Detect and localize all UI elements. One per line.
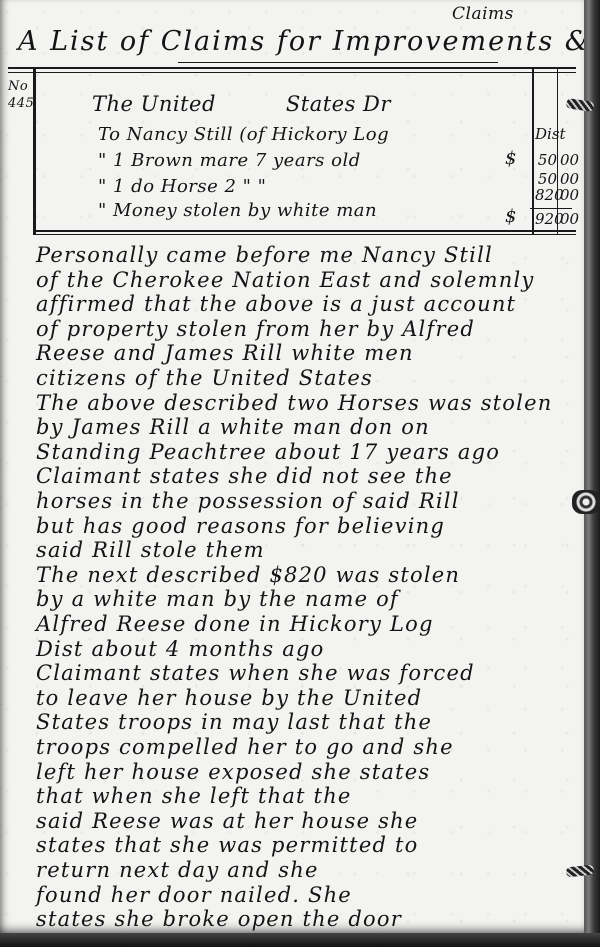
body-line: Claimant states when she was forced <box>36 661 475 685</box>
amount-dollars: 50 <box>535 151 557 169</box>
body-line: found her door nailed. She <box>36 883 352 907</box>
body-line: of the Cherokee Nation East and solemnly <box>36 268 535 292</box>
body-line: to leave her house by the United <box>36 686 422 710</box>
total-dollars: 920 <box>535 210 557 228</box>
body-line: of property stolen from her by Alfred <box>36 317 475 341</box>
body-line: said Rill stole them <box>36 538 265 562</box>
ledger-rule-top <box>8 67 576 69</box>
body-line: affirmed that the above is a just accoun… <box>36 292 516 316</box>
body-line: The above described two Horses was stole… <box>36 391 552 415</box>
body-line: said Reese was at her house she <box>36 809 418 833</box>
claim-number-value: 445 <box>8 95 34 112</box>
body-line: Personally came before me Nancy Still <box>36 243 493 267</box>
body-line: citizens of the United States <box>36 366 373 390</box>
body-line: by a white man by the name of <box>36 587 399 611</box>
body-line: Reese and James Rill white men <box>36 341 414 365</box>
manuscript-page: Claims A List of Claims for Improvements… <box>0 0 584 933</box>
body-line: return next day and she <box>36 858 319 882</box>
account-row: " 1 do Horse 2 " " <box>98 176 266 197</box>
amount-dollars: 820 <box>535 186 557 204</box>
body-line: by James Rill a white man don on <box>36 415 430 439</box>
corner-label: Claims <box>452 4 514 24</box>
account-row: To Nancy Still (of Hickory Log <box>98 124 389 145</box>
amount-cents: 00 <box>560 186 576 204</box>
body-line: The next described $820 was stolen <box>36 563 460 587</box>
body-line: Standing Peachtree about 17 years ago <box>36 440 500 464</box>
body-line: Dist about 4 months ago <box>36 637 324 661</box>
ledger-dollar-column-rule <box>532 67 534 235</box>
body-line: States troops in may last that the <box>36 710 432 734</box>
binding-knot <box>572 490 600 514</box>
total-cents: 00 <box>560 210 576 228</box>
total-currency-mark: $ <box>505 206 517 227</box>
account-heading-left: The United <box>92 92 216 116</box>
account-row: " Money stolen by white man <box>98 200 377 221</box>
amount-cents: 00 <box>560 151 576 169</box>
book-binding-edge <box>584 0 600 947</box>
body-line: states she broke open the door <box>36 907 402 931</box>
ledger-rule-bottom-secondary <box>36 234 576 235</box>
amount-dollars: Dist <box>535 125 557 143</box>
claim-number: No 445 <box>8 78 34 112</box>
account-heading-right: States Dr <box>286 92 391 116</box>
body-line: that when she left that the <box>36 784 352 808</box>
body-line: left her house exposed she states <box>36 760 430 784</box>
ledger-rule-bottom <box>36 230 576 232</box>
title-underline <box>178 62 498 63</box>
body-line: troops compelled her to go and she <box>36 735 454 759</box>
account-heading: The UnitedStates Dr <box>92 92 391 116</box>
body-line: states that she was permitted to <box>36 833 418 857</box>
body-line: but has good reasons for believing <box>36 514 445 538</box>
body-line: Claimant states she did not see the <box>36 464 453 488</box>
ledger-rule-top-secondary <box>8 72 576 73</box>
account-row: " 1 Brown mare 7 years old <box>98 150 361 171</box>
claim-number-label: No <box>8 78 34 95</box>
body-line: Alfred Reese done in Hickory Log <box>36 612 434 636</box>
document-title: A List of Claims for Improvements &c <box>18 26 600 57</box>
ledger-total-rule <box>530 208 572 209</box>
currency-mark: $ <box>505 148 517 169</box>
page-bottom-edge <box>0 933 600 947</box>
body-line: horses in the possession of said Rill <box>36 489 460 513</box>
